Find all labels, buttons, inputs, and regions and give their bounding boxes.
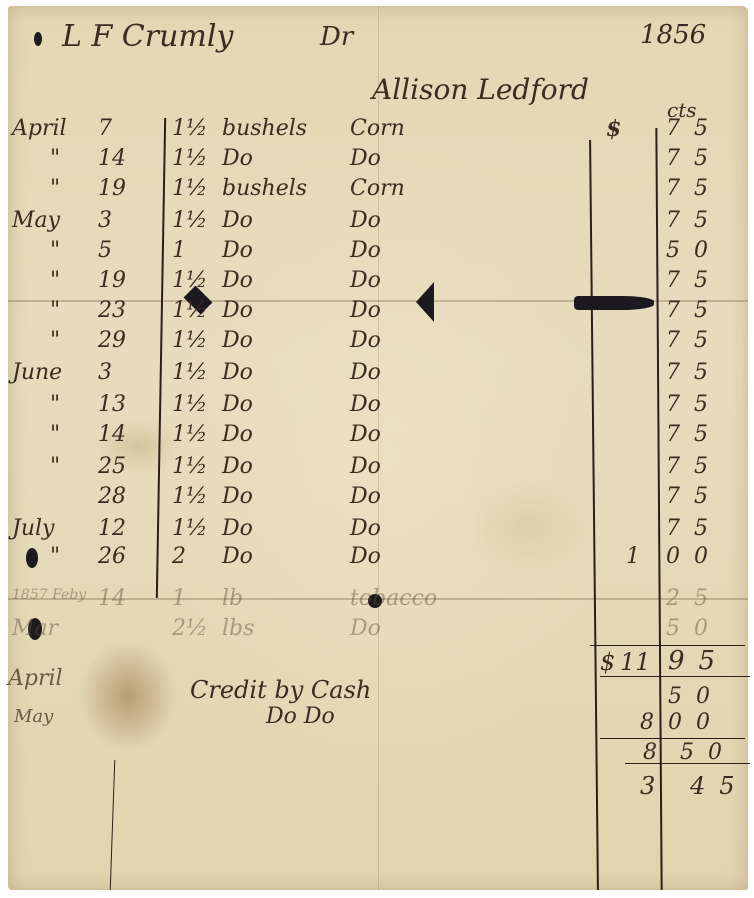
credit-dollars: 8 (640, 712, 654, 734)
entry-cents: 75 (666, 148, 722, 170)
year: 1856 (640, 22, 706, 48)
entry-unit: Do (222, 210, 253, 232)
entry-cents: 75 (666, 518, 722, 540)
entry-cents: 75 (666, 424, 722, 446)
entry-item: Corn (350, 178, 405, 200)
credit-cents: 00 (668, 712, 724, 734)
entry-month: July (12, 518, 54, 540)
entry-unit: Do (222, 330, 253, 352)
entry-day: 28 (98, 486, 126, 508)
entry-item: Do (350, 456, 381, 478)
total-dollars: 11 (620, 650, 651, 674)
entry-qty: 1½ (172, 394, 207, 416)
entry-item: Do (350, 618, 381, 640)
entry-day: 3 (98, 210, 112, 232)
entry-item: Do (350, 240, 381, 262)
entry-cents: 50 (666, 240, 722, 262)
entry-month: " (50, 546, 60, 568)
entry-item: Do (350, 330, 381, 352)
entry-item: Do (350, 424, 381, 446)
entry-month: June (12, 362, 62, 384)
entry-cents: 75 (666, 118, 722, 140)
entry-cents: 75 (666, 330, 722, 352)
entry-dollars: 1 (626, 546, 640, 568)
entry-unit: Do (222, 424, 253, 446)
entry-qty: 1½ (172, 518, 207, 540)
entry-unit: lbs (222, 618, 254, 640)
entry-cents: 75 (666, 456, 722, 478)
entry-qty: 1½ (172, 148, 207, 170)
credit-text: Credit by Cash (190, 678, 371, 702)
entry-unit: Do (222, 270, 253, 292)
entry-cents: 00 (666, 546, 722, 568)
entry-month: " (50, 394, 60, 416)
entry-month: " (50, 178, 60, 200)
entry-item: Do (350, 394, 381, 416)
credit-cents: 50 (668, 686, 724, 708)
ink-blot (574, 296, 654, 310)
entry-day: 14 (98, 424, 126, 446)
entry-item: Do (350, 270, 381, 292)
entry-day: 14 (98, 148, 126, 170)
entry-cents: 75 (666, 300, 722, 322)
entry-qty: 2½ (172, 618, 207, 640)
entry-unit: lb (222, 588, 243, 610)
dollars-column-header: $ (606, 118, 621, 140)
entry-item: Do (350, 518, 381, 540)
entry-month: " (50, 270, 60, 292)
entry-month: April (12, 118, 67, 140)
entry-cents: 50 (666, 618, 722, 640)
entry-day: 7 (98, 118, 112, 140)
balance-dollars: 3 (640, 774, 655, 798)
entry-item: Do (350, 210, 381, 232)
entry-item: Do (350, 300, 381, 322)
entry-day: 23 (98, 300, 126, 322)
creditor-name: Allison Ledford (372, 76, 589, 104)
entry-month: " (50, 148, 60, 170)
entry-item: Do (350, 546, 381, 568)
entry-qty: 1½ (172, 456, 207, 478)
entry-qty: 1 (172, 588, 186, 610)
credit-month: April (8, 668, 63, 690)
entry-day: 3 (98, 362, 112, 384)
entry-day: 14 (98, 588, 126, 610)
entry-month: 1857 Feby (12, 588, 86, 602)
entry-unit: Do (222, 546, 253, 568)
entry-unit: Do (222, 486, 253, 508)
entry-item: Do (350, 148, 381, 170)
entry-unit: bushels (222, 178, 307, 200)
entry-day: 26 (98, 546, 126, 568)
entry-unit: bushels (222, 118, 307, 140)
entry-cents: 75 (666, 210, 722, 232)
entry-unit: Do (222, 518, 253, 540)
entry-qty: 1½ (172, 210, 207, 232)
ink-blot (416, 282, 434, 322)
entry-item: Do (350, 362, 381, 384)
credit-month: May (14, 708, 53, 726)
entry-qty: 1½ (172, 270, 207, 292)
total-cents: 95 (668, 648, 729, 674)
entry-cents: 75 (666, 270, 722, 292)
ink-blot (26, 548, 38, 568)
entry-cents: 75 (666, 394, 722, 416)
entry-qty: 1 (172, 240, 186, 262)
entry-qty: 2 (172, 546, 186, 568)
debtor-name: L F Crumly (62, 22, 233, 52)
entry-item: Corn (350, 118, 405, 140)
entry-unit: Do (222, 300, 253, 322)
entry-unit: Do (222, 394, 253, 416)
entry-qty: 1½ (172, 362, 207, 384)
sum-line (600, 738, 745, 739)
entry-unit: Do (222, 148, 253, 170)
entry-qty: 1½ (172, 330, 207, 352)
entry-day: 29 (98, 330, 126, 352)
entry-cents: 25 (666, 588, 722, 610)
entry-month: " (50, 456, 60, 478)
entry-day: 13 (98, 394, 126, 416)
total-dollar-sign: $ (600, 650, 615, 674)
entry-qty: 1½ (172, 486, 207, 508)
debtor-suffix: Dr (320, 24, 353, 50)
entry-cents: 75 (666, 178, 722, 200)
entry-item: Do (350, 486, 381, 508)
entry-day: 19 (98, 178, 126, 200)
entry-cents: 75 (666, 362, 722, 384)
entry-item: tobacco (350, 588, 437, 610)
entry-month: " (50, 240, 60, 262)
entry-month: " (50, 330, 60, 352)
entry-qty: 1½ (172, 118, 207, 140)
entry-day: 12 (98, 518, 126, 540)
sum-line (600, 676, 750, 677)
entry-cents: 75 (666, 486, 722, 508)
entry-unit: Do (222, 362, 253, 384)
ink-blot (34, 32, 42, 46)
entry-day: 5 (98, 240, 112, 262)
balance-cents: 45 (690, 774, 749, 798)
entry-month: " (50, 300, 60, 322)
credits-total-dollars: 8 (643, 742, 657, 764)
entry-month: May (12, 210, 60, 232)
entry-qty: 1½ (172, 178, 207, 200)
entry-day: 25 (98, 456, 126, 478)
credits-total-cents: 50 (680, 742, 736, 764)
entry-month: Mar (12, 618, 58, 640)
entry-unit: Do (222, 240, 253, 262)
entry-day: 19 (98, 270, 126, 292)
entry-month: " (50, 424, 60, 446)
credit-text: Do Do (266, 706, 335, 728)
entry-unit: Do (222, 456, 253, 478)
entry-qty: 1½ (172, 300, 207, 322)
entry-qty: 1½ (172, 424, 207, 446)
